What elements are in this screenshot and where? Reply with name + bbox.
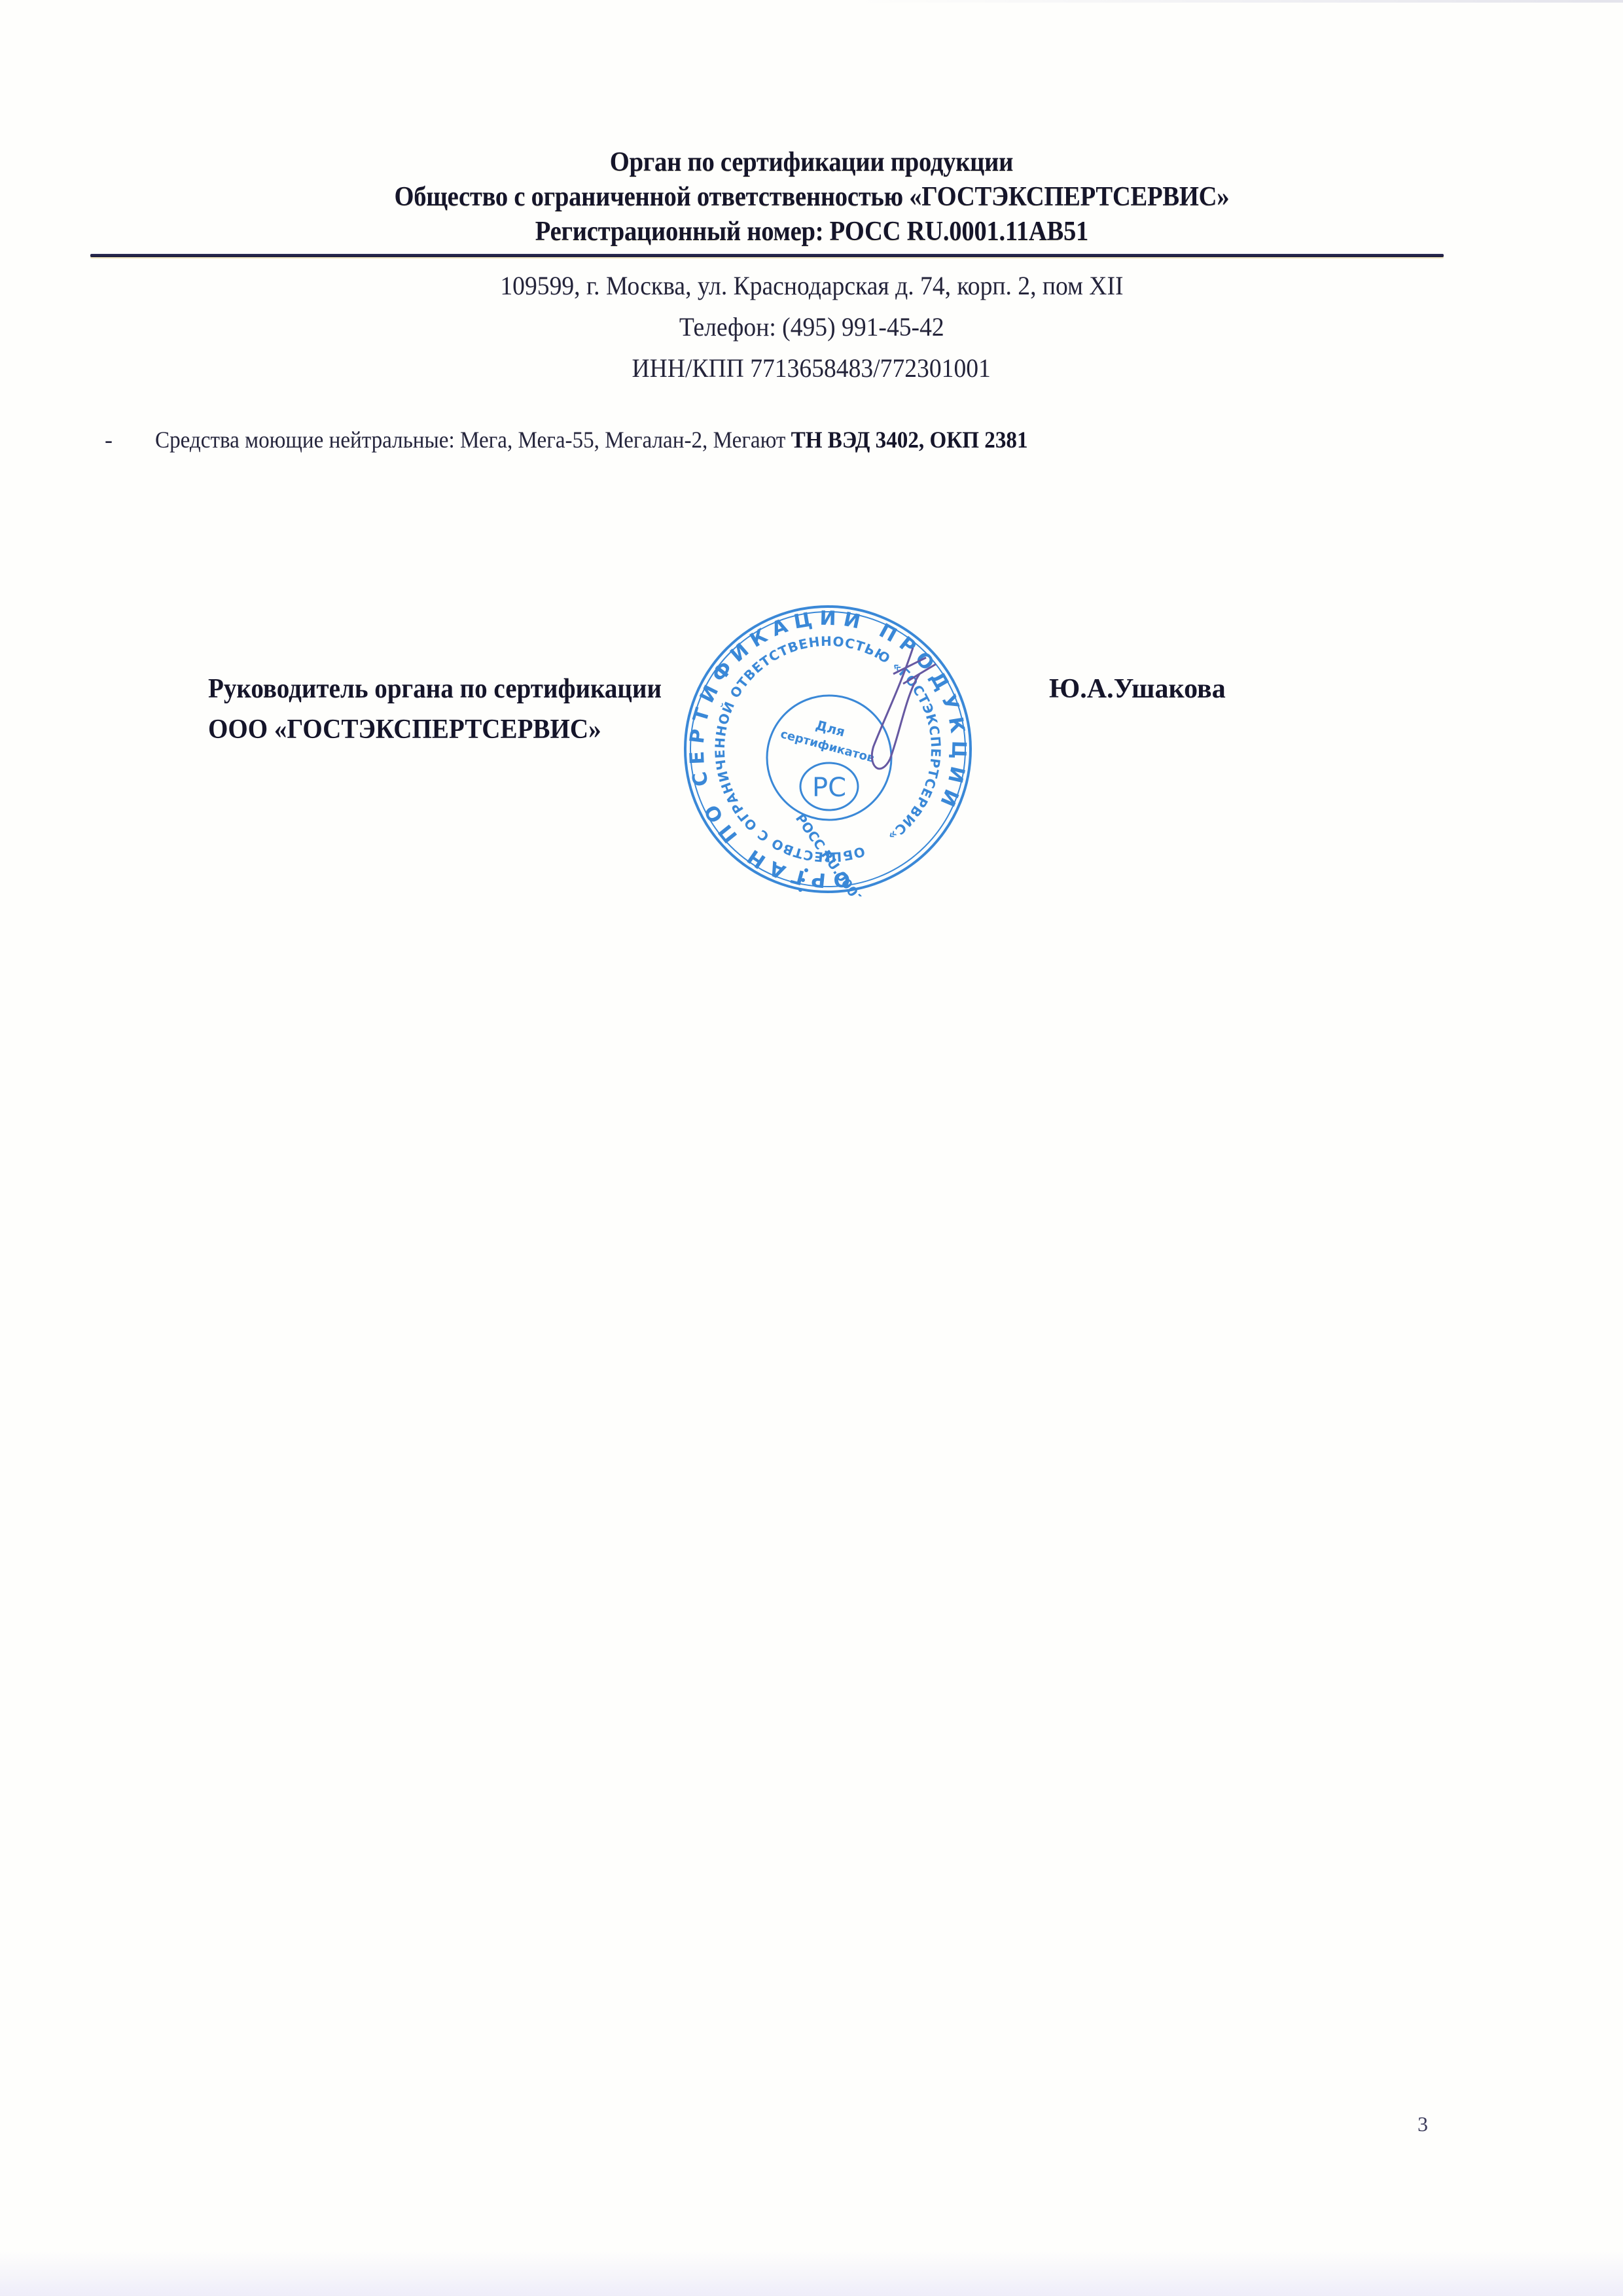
contacts-phone-line: Телефон: (495) 991-45-42 [0, 311, 1623, 344]
header-company-name: Общество с ограниченной ответственностью… [394, 180, 1229, 214]
certification-stamp-icon: ОРГАН ПО СЕРТИФИКАЦИИ ПРОДУКЦИИ ОБЩЕСТВО… [677, 602, 978, 896]
product-codes: ТН ВЭД 3402, ОКП 2381 [791, 427, 1028, 453]
product-names: Средства моющие нейтральные: Мега, Мега-… [155, 427, 791, 453]
page-number: 3 [1418, 2112, 1428, 2136]
scan-edge-top [851, 0, 1623, 3]
contacts-address-line: 109599, г. Москва, ул. Краснодарская д. … [0, 270, 1623, 302]
signatory-name: Ю.А.Ушакова [1049, 669, 1226, 709]
signatory-position: Руководитель органа по сертификации [208, 669, 662, 709]
list-bullet: - [105, 425, 131, 454]
header-registration-number: Регистрационный номер: РОСС RU.0001.11АВ… [535, 215, 1088, 249]
product-description: Средства моющие нейтральные: Мега, Мега-… [155, 425, 1028, 454]
phone-text: Телефон: (495) 991-45-42 [679, 311, 944, 344]
signatory-name-text: Ю.А.Ушакова [1049, 674, 1226, 704]
page-number-text: 3 [1418, 2112, 1428, 2136]
header-certification-body: Орган по сертификации продукции [610, 145, 1013, 179]
stamp-logo-text: РС [812, 773, 846, 803]
inn-kpp-text: ИНН/КПП 7713658483/772301001 [632, 352, 991, 385]
signatory-title-block: Руководитель органа по сертификации ООО … [208, 669, 696, 750]
header-title-line1: Орган по сертификации продукции [0, 145, 1623, 179]
address-text: 109599, г. Москва, ул. Краснодарская д. … [500, 270, 1123, 302]
header-divider [90, 254, 1444, 257]
signatory-organization: ООО «ГОСТЭКСПЕРТСЕРВИС» [208, 709, 662, 750]
header-title-line3: Регистрационный номер: РОСС RU.0001.11АВ… [0, 215, 1623, 249]
contacts-inn-line: ИНН/КПП 7713658483/772301001 [0, 352, 1623, 385]
rostest-logo-icon: РС [800, 763, 858, 810]
header-title-line2: Общество с ограниченной ответственностью… [0, 180, 1623, 214]
scan-edge-bottom [0, 2251, 1623, 2296]
